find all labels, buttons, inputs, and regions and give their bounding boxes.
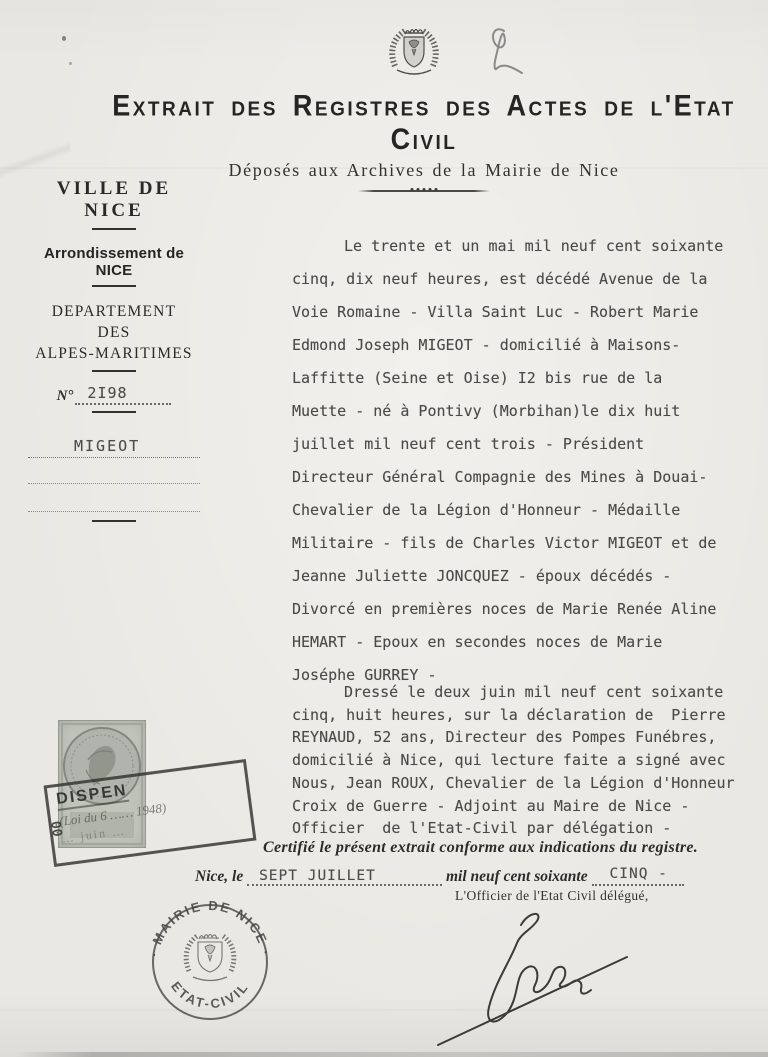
department-line: DES — [28, 322, 200, 343]
body-line: Chevalier de la Légion d'Honneur - Médai… — [292, 494, 748, 527]
name-field: MIGEOT — [28, 435, 200, 458]
paragraph-death-record: Le trente et un mai mil neuf cent soixan… — [292, 230, 748, 692]
blank-dotted-line — [28, 458, 200, 484]
officer-signature — [425, 903, 640, 1057]
place-label: Nice, le — [195, 868, 247, 886]
rule — [92, 285, 136, 287]
date-field: SEPT JUILLET — [247, 866, 442, 886]
body-line: Laffitte (Seine et Oise) I2 bis rue de l… — [292, 362, 748, 395]
act-number-value: 2I98 — [87, 384, 127, 402]
paragraph-declaration: Dressé le deux juin mil neuf cent soixan… — [292, 681, 748, 840]
fold-crease-bottom — [0, 1004, 768, 1016]
body-line: Muette - né à Pontivy (Morbihan)le dix h… — [292, 395, 748, 428]
seal-bottom-text: ETAT-CIVIL — [168, 979, 252, 1012]
typed-year: CINQ - — [610, 866, 668, 882]
body-line: Le trente et un mai mil neuf cent soixan… — [292, 230, 748, 263]
act-body-text: Le trente et un mai mil neuf cent soixan… — [292, 230, 748, 840]
body-line: HEMART - Epoux en secondes noces de Mari… — [292, 626, 748, 659]
act-number-line: N° 2I98 — [28, 385, 200, 405]
deceased-surname: MIGEOT — [74, 437, 140, 455]
body-line: Dressé le deux juin mil neuf cent soixan… — [292, 681, 748, 704]
body-line: Officier de l'Etat-Civil par délégation … — [292, 817, 748, 840]
nice-coat-of-arms-icon — [385, 22, 443, 82]
typed-date: SEPT JUILLET — [259, 868, 376, 884]
seal-crest-icon — [186, 935, 234, 981]
margin-column: VILLE DE NICE Arrondissement de NICE DEP… — [28, 178, 200, 522]
body-line: Militaire - fils de Charles Victor MIGEO… — [292, 527, 748, 560]
rule — [92, 370, 136, 372]
body-line: Croix de Guerre - Adjoint au Maire de Ni… — [292, 795, 748, 818]
svg-text:ETAT-CIVIL: ETAT-CIVIL — [168, 979, 252, 1012]
department-line: ALPES-MARITIMES — [28, 343, 200, 364]
body-line: cinq, huit heures, sur la déclaration de… — [292, 704, 748, 727]
district-label: Arrondissement de NICE — [28, 245, 200, 279]
blank-dotted-line — [28, 484, 200, 512]
certification-statement: Certifié le présent extrait conforme aux… — [263, 839, 698, 857]
scan-edge-shadow — [0, 1052, 768, 1057]
city-label: VILLE DE NICE — [28, 178, 200, 222]
document-page: Extrait des Registres des Actes de l'Eta… — [0, 0, 768, 1057]
mairie-de-nice-seal: · MAIRIE DE NICE · ETAT-CIVIL — [147, 899, 273, 1025]
ink-speck — [62, 36, 66, 41]
body-line: cinq, dix neuf heures, est décédé Avenue… — [292, 263, 748, 296]
body-line: Voie Romaine - Villa Saint Luc - Robert … — [292, 296, 748, 329]
body-line: Divorcé en premières noces de Marie René… — [292, 593, 748, 626]
document-title: Extrait des Registres des Actes de l'Eta… — [76, 90, 768, 157]
body-line: Edmond Joseph MIGEOT - domicilié à Maiso… — [292, 329, 748, 362]
year-field: CINQ - — [592, 866, 684, 886]
year-label: mil neuf cent soixante — [442, 868, 591, 886]
officer-title-label: L'Officier de l'Etat Civil délégué, — [455, 888, 649, 904]
rule — [92, 228, 136, 230]
body-line: Jeanne Juliette JONCQUEZ - époux décédés… — [292, 560, 748, 593]
department-label: DEPARTEMENT DES ALPES-MARITIMES — [28, 301, 200, 364]
body-line: REYNAUD, 52 ans, Directeur des Pompes Fu… — [292, 726, 748, 749]
act-number-field: 2I98 — [75, 385, 171, 405]
date-place-line: Nice, le SEPT JUILLET mil neuf cent soix… — [195, 866, 695, 886]
ink-speck — [69, 62, 72, 65]
ornamental-divider — [358, 189, 490, 193]
body-line: domicilié à Nice, qui lecture faite a si… — [292, 749, 748, 772]
stamp-denomination: 00 — [50, 820, 67, 837]
department-line: DEPARTEMENT — [28, 301, 200, 322]
rule — [92, 520, 136, 522]
handwritten-page-number — [483, 24, 527, 76]
rule — [92, 411, 136, 413]
deceased-name-block: MIGEOT — [28, 435, 200, 522]
body-line: Nous, Jean ROUX, Chevalier de la Légion … — [292, 772, 748, 795]
body-line: Directeur Général Compagnie des Mines à … — [292, 461, 748, 494]
body-line: juillet mil neuf cent trois - Président — [292, 428, 748, 461]
act-number-label: N° — [57, 388, 74, 405]
